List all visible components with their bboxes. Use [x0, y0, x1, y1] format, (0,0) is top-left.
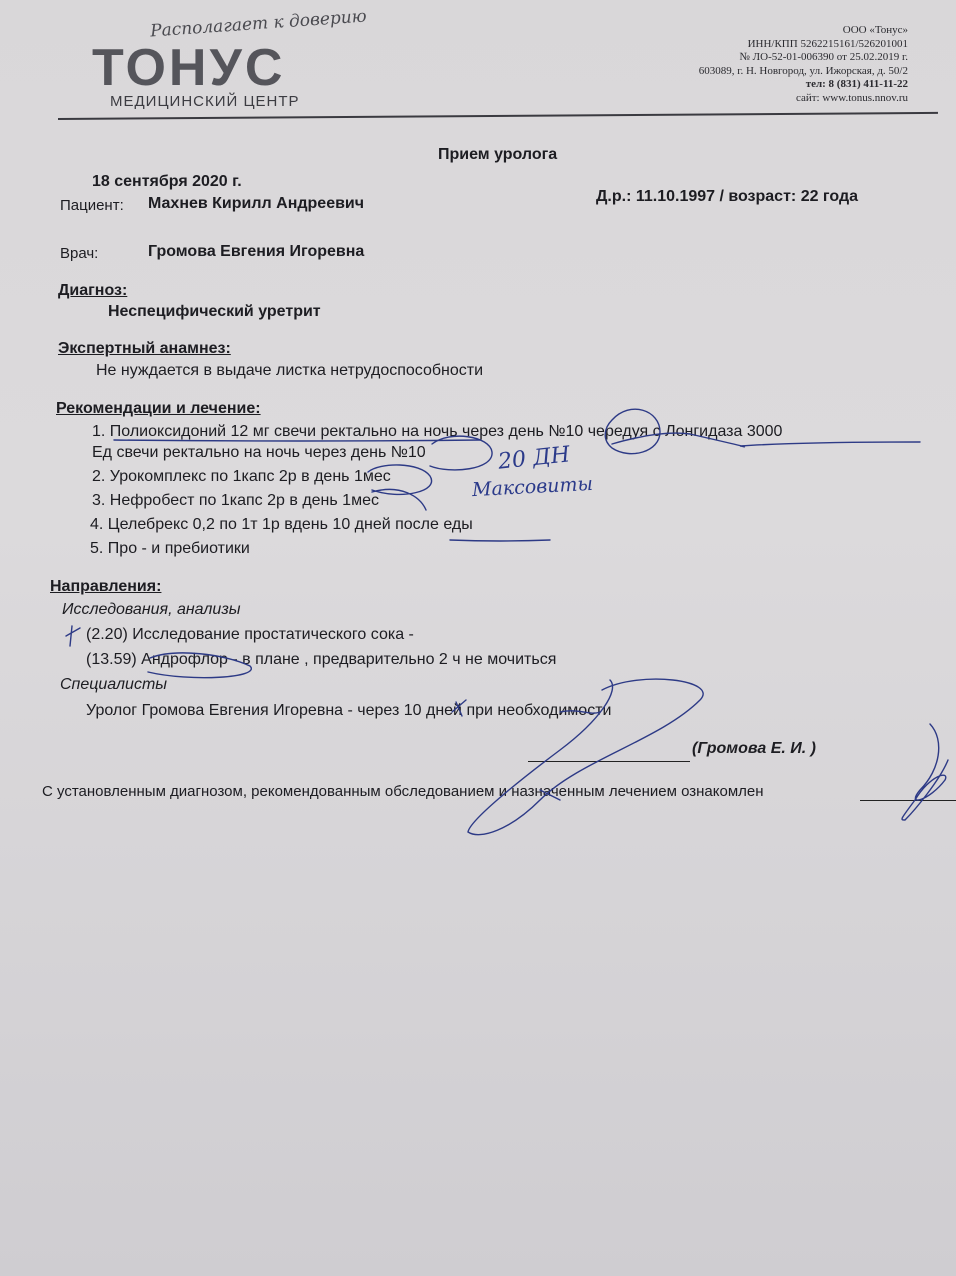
logo-name: ТОНУС — [92, 38, 285, 98]
signature-line — [528, 761, 690, 762]
handwritten-note: 20 ДН — [497, 442, 571, 474]
specialist-item: Уролог Громова Евгения Игоревна - через … — [86, 702, 611, 720]
medical-document: Располагает к доверию ТОНУС МЕДИЦИНСКИЙ … — [0, 0, 956, 1276]
recommendation-item: 4. Целебрекс 0,2 по 1т 1р вдень 10 дней … — [90, 516, 473, 534]
org-line: ИНН/КПП 5262215161/526201001 — [699, 38, 908, 52]
patient-signature-line — [860, 800, 956, 801]
diagnosis-text: Неспецифический уретрит — [108, 303, 321, 321]
header-divider — [58, 112, 938, 120]
doctor-label: Врач: — [60, 245, 98, 262]
recommendation-item: Ед свечи ректально на ночь через день №1… — [92, 444, 426, 462]
logo-subtitle: МЕДИЦИНСКИЙ ЦЕНТР — [110, 93, 300, 110]
org-line: 603089, г. Н. Новгород, ул. Ижорская, д.… — [699, 65, 908, 79]
specialists-subheading: Специалисты — [60, 676, 167, 694]
tests-subheading: Исследования, анализы — [62, 601, 241, 619]
test-item: (13.59) Андрофлор - в плане , предварите… — [86, 651, 556, 669]
logo-slogan: Располагает к доверию — [150, 6, 368, 41]
recommendation-item: 2. Урокомплекс по 1капс 2р в день 1мес — [92, 468, 391, 486]
patient-name: Махнев Кирилл Андреевич — [148, 195, 364, 213]
recommendations-heading: Рекомендации и лечение: — [56, 400, 261, 418]
organization-details: ООО «Тонус» ИНН/КПП 5262215161/526201001… — [699, 24, 908, 105]
anamnesis-text: Не нуждается в выдаче листка нетрудоспос… — [96, 362, 483, 380]
test-item: (2.20) Исследование простатического сока… — [86, 626, 414, 644]
doctor-name: Громова Евгения Игоревна — [148, 243, 364, 261]
signature-name: (Громова Е. И. ) — [692, 740, 816, 758]
recommendation-item: 3. Нефробест по 1капс 2р в день 1мес — [92, 492, 379, 510]
anamnesis-heading: Экспертный анамнез: — [58, 340, 231, 358]
acknowledgement-text: С установленным диагнозом, рекомендованн… — [42, 783, 764, 800]
referrals-heading: Направления: — [50, 578, 161, 596]
handwritten-note: Максовиты — [472, 473, 594, 501]
recommendation-item: 5. Про - и пребиотики — [90, 540, 250, 558]
org-line: тел: 8 (831) 411-11-22 — [699, 78, 908, 92]
org-line: ООО «Тонус» — [699, 24, 908, 38]
org-line: сайт: www.tonus.nnov.ru — [699, 92, 908, 106]
patient-label: Пациент: — [60, 197, 124, 214]
diagnosis-heading: Диагноз: — [58, 282, 127, 300]
org-line: № ЛО-52-01-006390 от 25.02.2019 г. — [699, 51, 908, 65]
visit-date: 18 сентября 2020 г. — [92, 173, 242, 191]
date-of-birth: Д.р.: 11.10.1997 / возраст: 22 года — [596, 188, 858, 206]
document-title: Прием уролога — [438, 146, 557, 164]
recommendation-item: 1. Полиоксидоний 12 мг свечи ректально н… — [92, 423, 782, 441]
